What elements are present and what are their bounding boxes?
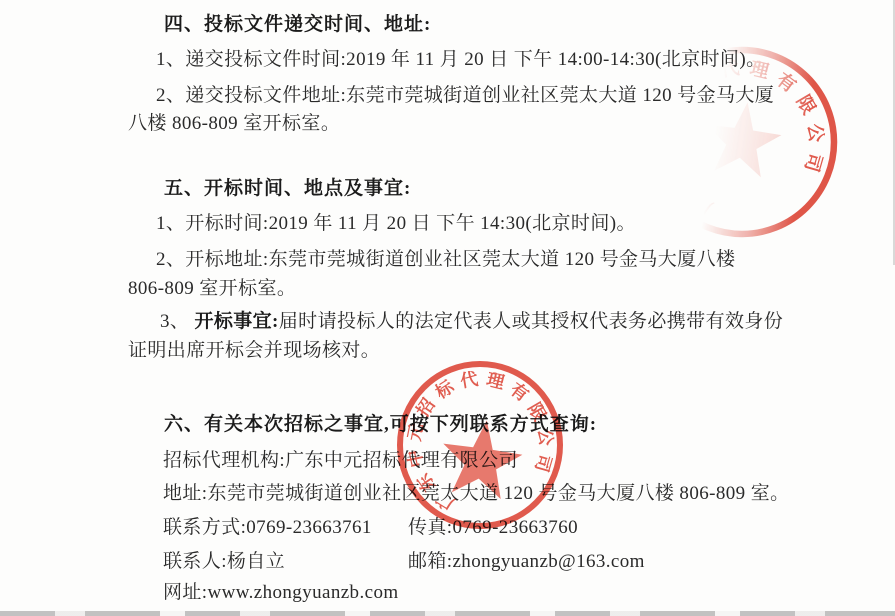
svg-text:司: 司: [531, 452, 555, 474]
svg-text:元: 元: [658, 116, 682, 139]
partial-corner-seal-stamp: 广东中元招标代理有限公司: [617, 17, 867, 267]
svg-text:理: 理: [748, 58, 771, 83]
svg-text:公: 公: [534, 427, 556, 447]
website-line: 网址:www.zhongyuanzb.com: [163, 581, 399, 605]
svg-text:中: 中: [657, 146, 682, 169]
contact-person-line: 联系人:杨自立: [163, 551, 285, 572]
scanned-tender-document-page: 四、投标文件递交时间、地址: 1、递交投标文件时间:2019 年 11 月 20…: [0, 0, 895, 616]
svg-text:东: 东: [667, 170, 696, 198]
section5-item3-continued: 证明出席开标会并现场核对。: [128, 339, 380, 363]
svg-text:中: 中: [404, 448, 427, 469]
svg-text:限: 限: [792, 92, 820, 119]
svg-text:招: 招: [666, 86, 695, 115]
item3-number: 3、: [160, 311, 194, 332]
svg-text:代: 代: [459, 369, 480, 392]
svg-text:司: 司: [800, 150, 825, 174]
svg-text:代: 代: [719, 57, 741, 82]
section5-heading: 五、开标时间、地点及事宜:: [164, 177, 411, 201]
section5-item1: 1、开标时间:2019 年 11 月 20 日 下午 14:30(北京时间)。: [156, 212, 636, 236]
svg-text:公: 公: [803, 122, 826, 143]
svg-text:元: 元: [404, 421, 427, 443]
scan-bottom-edge-artifact: [0, 611, 895, 616]
svg-text:广: 广: [689, 190, 717, 219]
section4-item2-continued: 八楼 806-809 室开标室。: [128, 112, 340, 136]
svg-text:有: 有: [772, 68, 800, 97]
section4-heading: 四、投标文件递交时间、地址:: [164, 13, 431, 37]
section5-item2-continued: 806-809 室开标室。: [128, 277, 296, 301]
company-seal-stamp: 广东中元招标代理有限公司: [355, 320, 605, 570]
svg-text:标: 标: [688, 65, 717, 94]
svg-text:理: 理: [485, 369, 507, 393]
item3-label: 开标事宜:: [194, 311, 278, 332]
phone-line: 联系方式:0769-23663761: [163, 517, 372, 538]
